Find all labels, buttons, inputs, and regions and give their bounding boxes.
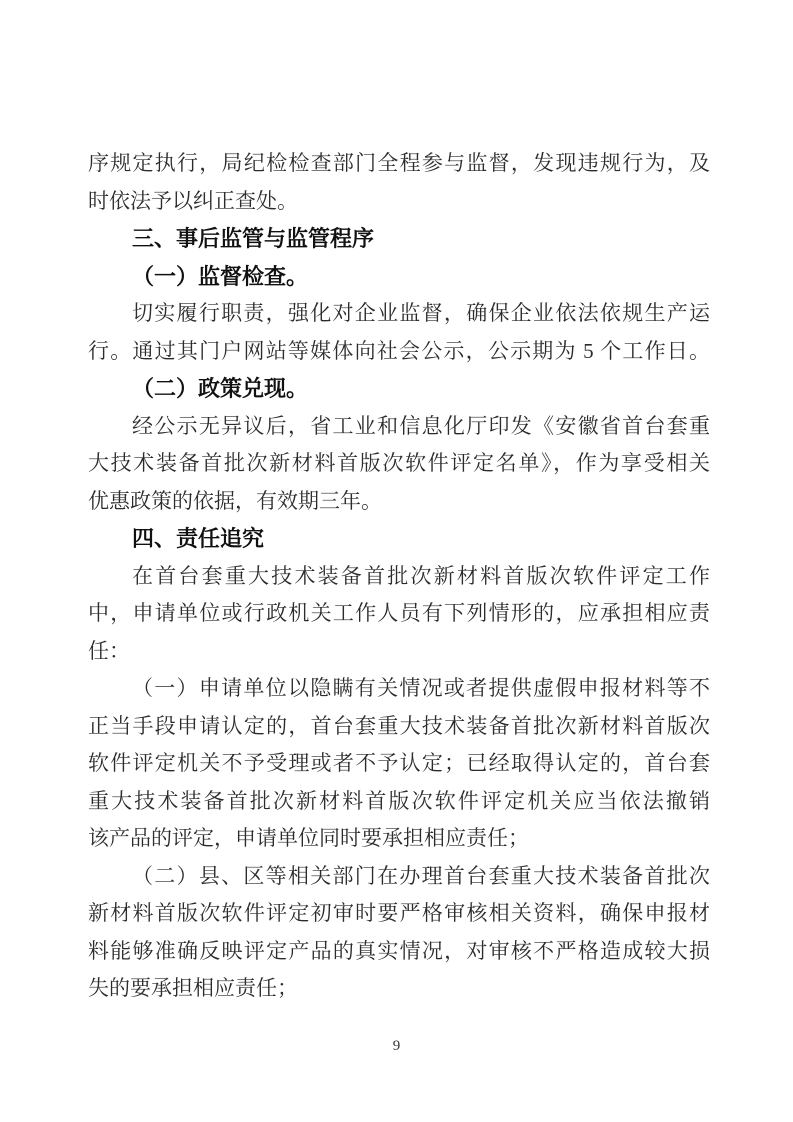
body-text-line: 失的要承担相应责任； (88, 970, 710, 1008)
body-text-line: （一）申请单位以隐瞒有关情况或者提供虚假申报材料等不 (88, 670, 710, 708)
body-text-line: 经公示无异议后，省工业和信息化厅印发《安徽省首台套重 (88, 408, 710, 446)
document-page: 序规定执行，局纪检检查部门全程参与监督，发现违规行为，及 时依法予以纠正查处。 … (0, 0, 793, 1122)
body-text-line: 时依法予以纠正查处。 (88, 183, 710, 221)
body-text-line: 该产品的评定，申请单位同时要承担相应责任； (88, 820, 710, 858)
body-text-line: 行。通过其门户网站等媒体向社会公示，公示期为 5 个工作日。 (88, 333, 710, 371)
page-number: 9 (0, 1036, 793, 1056)
body-text-line: 序规定执行，局纪检检查部门全程参与监督，发现违规行为，及 (88, 145, 710, 183)
body-text-line: 料能够准确反映评定产品的真实情况，对审核不严格造成较大损 (88, 933, 710, 971)
body-text-line: （二）县、区等相关部门在办理首台套重大技术装备首批次 (88, 858, 710, 896)
body-text-line: 切实履行职责，强化对企业监督，确保企业依法依规生产运 (88, 295, 710, 333)
section-heading-3: 三、事后监管与监管程序 (88, 220, 710, 258)
document-body: 序规定执行，局纪检检查部门全程参与监督，发现违规行为，及 时依法予以纠正查处。 … (88, 145, 710, 1008)
body-text-line: 软件评定机关不予受理或者不予认定；已经取得认定的，首台套 (88, 745, 710, 783)
body-text-line: 正当手段申请认定的，首台套重大技术装备首批次新材料首版次 (88, 708, 710, 746)
body-text-line: 中，申请单位或行政机关工作人员有下列情形的，应承担相应责 (88, 595, 710, 633)
body-text-line: 重大技术装备首批次新材料首版次软件评定机关应当依法撤销 (88, 783, 710, 821)
body-text-line: 任： (88, 633, 710, 671)
body-text-line: 大技术装备首批次新材料首版次软件评定名单》，作为享受相关 (88, 445, 710, 483)
subsection-heading-1: （一）监督检查。 (88, 258, 710, 296)
body-text-line: 在首台套重大技术装备首批次新材料首版次软件评定工作 (88, 558, 710, 596)
subsection-heading-2: （二）政策兑现。 (88, 370, 710, 408)
section-heading-4: 四、责任追究 (88, 520, 710, 558)
body-text-line: 优惠政策的依据，有效期三年。 (88, 483, 710, 521)
body-text-line: 新材料首版次软件评定初审时要严格审核相关资料，确保申报材 (88, 895, 710, 933)
